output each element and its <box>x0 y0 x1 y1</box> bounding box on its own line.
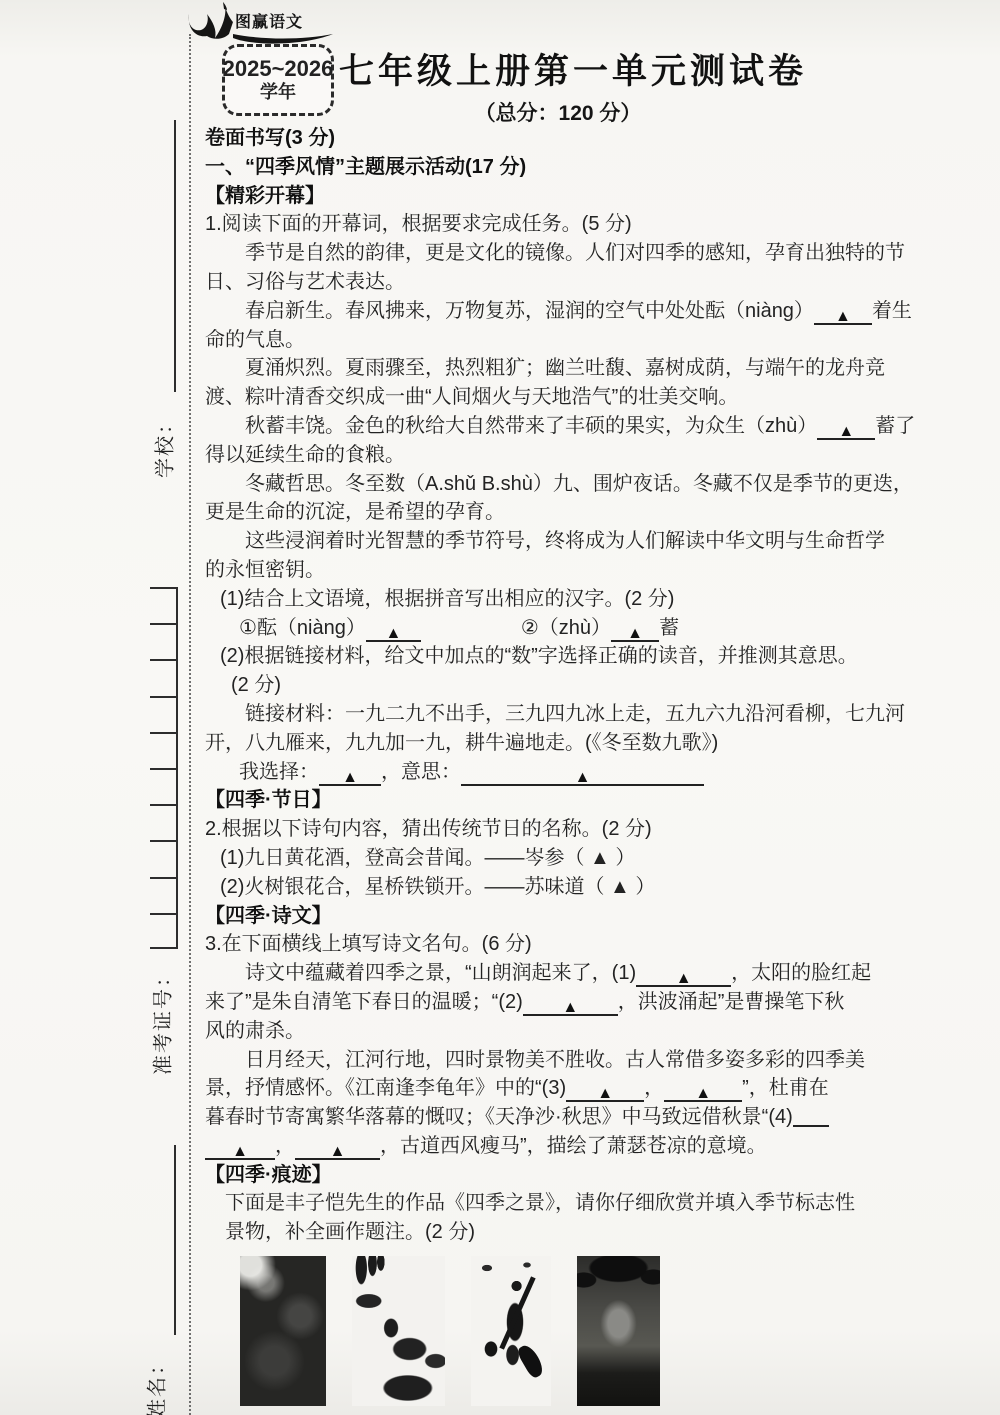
text-run: ”，杜甫在 <box>742 1077 829 1099</box>
text-line: (1)结合上文语境，根据拼音写出相应的汉字。(2 分) <box>205 585 850 614</box>
answer-blank[interactable]: ▲ <box>664 1078 742 1102</box>
text-run: 夏涌炽烈。夏雨骤至，热烈粗犷；幽兰吐馥、嘉树成荫，与端午的龙舟竞 <box>245 357 885 379</box>
exam-no-label: 准考证号： <box>147 965 176 1075</box>
text-run: ，意思： <box>381 761 461 783</box>
text-line: 2.根据以下诗句内容，猜出传统节日的名称。(2 分) <box>205 815 850 844</box>
artworks-row <box>240 1256 660 1406</box>
blank-marker-triangle: ▲ <box>676 970 692 987</box>
text-line: 1.阅读下面的开幕词，根据要求完成任务。(5 分) <box>205 210 850 239</box>
text-run: 着生 <box>872 300 912 322</box>
text-run: ， <box>275 1135 295 1157</box>
text-run: 春启新生。春风拂来，万物复苏，湿润的空气中处处酝（niàng） <box>245 300 814 322</box>
blank-marker-triangle: ▲ <box>562 999 578 1016</box>
text-run: 的永恒密钥。 <box>205 559 325 581</box>
test-paper-page: 学校： 准考证号： 姓名： 图赢语文 2025~2026 学年 七年级上册第一单… <box>0 0 1000 1415</box>
exam-number-cell[interactable] <box>150 659 176 695</box>
text-run: 这些浸润着时光智慧的季节符号，终将成为人们解读中华文明与生命哲学 <box>245 530 885 552</box>
text-run: 卷面书写(3 分) <box>205 127 335 149</box>
school-label: 学校： <box>149 412 178 478</box>
text-run: 渡、粽叶清香交织成一曲“人间烟火与天地浩气”的壮美交响。 <box>205 386 738 408</box>
text-line: 景物，补全画作题注。(2 分) <box>205 1218 850 1247</box>
text-line: 得以延续生命的食粮。 <box>205 441 850 470</box>
text-run: 我选择： <box>239 761 319 783</box>
year-suffix: 学年 <box>260 81 296 103</box>
text-run: 日、习俗与艺术表达。 <box>205 271 405 293</box>
text-line: 暮春时节寄寓繁华落幕的慨叹；《天净沙·秋思》中马致远借秋景“(4) <box>205 1103 850 1132</box>
text-line: 命的气息。 <box>205 326 850 355</box>
text-line: 3.在下面横线上填写诗文名句。(6 分) <box>205 930 850 959</box>
answer-blank[interactable]: ▲ <box>817 416 875 440</box>
text-run: 诗文中蕴藏着四季之景，“山朗润起来了，(1) <box>245 962 636 984</box>
text-run: 开，八九雁来，九九加一九，耕牛遍地走。(《冬至数九歌》) <box>205 732 718 754</box>
answer-blank[interactable]: ▲ <box>523 992 618 1016</box>
text-line: (2)火树银花合，星桥铁锁开。——苏味道（ ▲ ） <box>205 873 850 902</box>
text-line: 链接材料：一九二九不出手，三九四九冰上走，五九六九沿河看柳，七九河 <box>205 700 850 729</box>
question-content: 卷面书写(3 分)一、“四季风情”主题展示活动(17 分)【精彩开幕】1.阅读下… <box>205 124 850 1247</box>
text-line: 更是生命的沉淀，是希望的孕育。 <box>205 498 850 527</box>
text-run: 得以延续生命的食粮。 <box>205 444 405 466</box>
blank-marker-triangle: ▲ <box>838 423 854 440</box>
text-run: ，洪波涌起”是曹操笔下秋 <box>618 991 845 1013</box>
text-run: 来了”是朱自清笔下春日的温暖；“(2) <box>205 991 523 1013</box>
year-box: 2025~2026 学年 <box>222 44 334 116</box>
text-line: 诗文中蕴藏着四季之景，“山朗润起来了，(1)▲，太阳的脸红起 <box>205 959 850 988</box>
text-run: ，太阳的脸红起 <box>731 962 871 984</box>
answer-blank[interactable]: ▲ <box>636 963 731 987</box>
text-run: 季节是自然的韵律，更是文化的镜像。人们对四季的感知，孕育出独特的节 <box>245 242 905 264</box>
exam-number-cell[interactable] <box>150 768 176 804</box>
text-line: 春启新生。春风拂来，万物复苏，湿润的空气中处处酝（niàng）▲着生 <box>205 297 850 326</box>
text-line: (1)九日黄花酒，登高会昔闻。——岑参（ ▲ ） <box>205 844 850 873</box>
artwork-summer <box>352 1256 445 1406</box>
blank-marker-triangle: ▲ <box>575 769 591 786</box>
blank-marker-triangle: ▲ <box>342 769 358 786</box>
text-run: 日月经天，江河行地，四时景物美不胜收。古人常借多姿多彩的四季美 <box>245 1049 865 1071</box>
exam-number-cell[interactable] <box>150 840 176 876</box>
text-line: 来了”是朱自清笔下春日的温暖；“(2)▲，洪波涌起”是曹操笔下秋 <box>205 988 850 1017</box>
text-line: 日、习俗与艺术表达。 <box>205 268 850 297</box>
text-run: ，古道西风瘦马”，描绘了萧瑟苍凉的意境。 <box>380 1135 767 1157</box>
text-run: ， <box>644 1077 664 1099</box>
answer-blank[interactable]: ▲ <box>366 618 421 642</box>
name-answer-line[interactable] <box>174 1145 176 1335</box>
year-range: 2025~2026 <box>223 57 334 81</box>
exam-number-cell[interactable] <box>150 696 176 732</box>
text-run: 下面是丰子恺先生的作品《四季之景》，请你仔细欣赏并填入季节标志性 <box>225 1192 855 1214</box>
total-score: （总分：120 分） <box>338 97 778 127</box>
blank-marker-triangle: ▲ <box>597 1085 613 1102</box>
answer-blank[interactable]: ▲ <box>461 762 704 786</box>
text-run: ①酝（niàng） <box>239 617 366 639</box>
text-line: 景，抒情感怀。《江南逢李龟年》中的“(3)▲，▲”，杜甫在 <box>205 1074 850 1103</box>
artwork-winter <box>577 1256 660 1406</box>
exam-number-cell[interactable] <box>150 623 176 659</box>
text-line: 秋蓄丰饶。金色的秋给大自然带来了丰硕的果实，为众生（zhù）▲蓄了 <box>205 412 850 441</box>
text-run: 蓄 <box>659 617 679 639</box>
blank-marker-triangle: ▲ <box>232 1143 248 1160</box>
text-run: (2 分) <box>231 674 281 696</box>
page-title: 七年级上册第一单元测试卷 <box>338 44 808 94</box>
answer-blank[interactable]: ▲ <box>319 762 381 786</box>
section-heading: 【四季·诗文】 <box>205 902 850 931</box>
text-run: 更是生命的沉淀，是希望的孕育。 <box>205 501 505 523</box>
text-line: ①酝（niàng）▲②（zhù）▲蓄 <box>205 614 850 643</box>
brand-logo: 图赢语文 <box>183 0 338 44</box>
text-run: 秋蓄丰饶。金色的秋给大自然带来了丰硕的果实，为众生（zhù） <box>245 415 817 437</box>
margin-separator-line <box>189 34 191 1415</box>
text-run: 暮春时节寄寓繁华落幕的慨叹；《天净沙·秋思》中马致远借秋景“(4) <box>205 1106 793 1128</box>
blank-marker-triangle: ▲ <box>627 625 643 642</box>
answer-blank[interactable]: ▲ <box>611 618 659 642</box>
text-run: (2)火树银花合，星桥铁锁开。——苏味道（ ▲ ） <box>220 876 655 898</box>
text-line: 渡、粽叶清香交织成一曲“人间烟火与天地浩气”的壮美交响。 <box>205 383 850 412</box>
artwork-spring <box>240 1256 326 1406</box>
text-run: 命的气息。 <box>205 329 305 351</box>
text-line: 夏涌炽烈。夏雨骤至，热烈粗犷；幽兰吐馥、嘉树成荫，与端午的龙舟竞 <box>205 354 850 383</box>
text-run: 景，抒情感怀。《江南逢李龟年》中的“(3) <box>205 1077 566 1099</box>
answer-blank[interactable]: ▲ <box>295 1136 380 1160</box>
text-line: 开，八九雁来，九九加一九，耕牛遍地走。(《冬至数九歌》) <box>205 729 850 758</box>
text-line: 的永恒密钥。 <box>205 556 850 585</box>
text-run: (2)根据链接材料，给文中加点的“数”字选择正确的读音，并推测其意思。 <box>220 645 858 667</box>
answer-blank[interactable] <box>793 1103 829 1127</box>
text-run: 冬藏哲思。冬至数（A.shǔ B.shù）九、围炉夜话。冬藏不仅是季节的更迭， <box>245 473 913 495</box>
section-heading: 一、“四季风情”主题展示活动(17 分) <box>205 153 850 182</box>
text-line: (2 分) <box>205 671 850 700</box>
exam-number-cell[interactable] <box>150 804 176 840</box>
text-run: 链接材料：一九二九不出手，三九四九冰上走，五九六九沿河看柳，七九河 <box>245 703 905 725</box>
text-run: 2.根据以下诗句内容，猜出传统节日的名称。(2 分) <box>205 818 652 840</box>
text-run: 3.在下面横线上填写诗文名句。(6 分) <box>205 933 532 955</box>
blank-marker-triangle: ▲ <box>330 1143 346 1160</box>
answer-blank[interactable]: ▲ <box>566 1078 644 1102</box>
text-line: 风的肃杀。 <box>205 1017 850 1046</box>
text-line: 我选择：▲，意思：▲ <box>205 758 850 787</box>
artwork-autumn <box>471 1256 551 1406</box>
blank-marker-triangle: ▲ <box>835 308 851 325</box>
text-run: 【精彩开幕】 <box>205 185 325 207</box>
section-heading: 【精彩开幕】 <box>205 182 850 211</box>
text-run: 【四季·痕迹】 <box>205 1164 332 1186</box>
text-line: 下面是丰子恺先生的作品《四季之景》，请你仔细欣赏并填入季节标志性 <box>205 1189 850 1218</box>
section-heading: 卷面书写(3 分) <box>205 124 850 153</box>
exam-number-cell[interactable] <box>150 913 176 949</box>
text-run: 【四季·节日】 <box>205 789 332 811</box>
school-answer-line[interactable] <box>174 120 176 392</box>
exam-number-grid[interactable] <box>150 587 178 949</box>
blank-marker-triangle: ▲ <box>385 625 401 642</box>
text-run: 1.阅读下面的开幕词，根据要求完成任务。(5 分) <box>205 213 632 235</box>
answer-blank[interactable]: ▲ <box>814 301 872 325</box>
section-heading: 【四季·痕迹】 <box>205 1161 850 1190</box>
text-run: (1)结合上文语境，根据拼音写出相应的汉字。(2 分) <box>220 588 674 610</box>
text-run: 【四季·诗文】 <box>205 905 332 927</box>
text-run: (1)九日黄花酒，登高会昔闻。——岑参（ ▲ ） <box>220 847 635 869</box>
text-run: 蓄了 <box>875 415 915 437</box>
name-label: 姓名： <box>141 1353 170 1415</box>
brand-logo-text: 图赢语文 <box>235 9 303 32</box>
text-line: (2)根据链接材料，给文中加点的“数”字选择正确的读音，并推测其意思。 <box>205 642 850 671</box>
exam-number-cell[interactable] <box>150 877 176 913</box>
exam-number-cell[interactable] <box>150 732 176 768</box>
section-heading: 【四季·节日】 <box>205 786 850 815</box>
text-line: 这些浸润着时光智慧的季节符号，终将成为人们解读中华文明与生命哲学 <box>205 527 850 556</box>
text-line: 季节是自然的韵律，更是文化的镜像。人们对四季的感知，孕育出独特的节 <box>205 239 850 268</box>
text-line: 日月经天，江河行地，四时景物美不胜收。古人常借多姿多彩的四季美 <box>205 1046 850 1075</box>
text-line: ▲，▲，古道西风瘦马”，描绘了萧瑟苍凉的意境。 <box>205 1132 850 1161</box>
text-line: 冬藏哲思。冬至数（A.shǔ B.shù）九、围炉夜话。冬藏不仅是季节的更迭， <box>205 470 850 499</box>
text-run: 一、“四季风情”主题展示活动(17 分) <box>205 156 526 178</box>
exam-number-cell[interactable] <box>150 587 176 623</box>
answer-blank[interactable]: ▲ <box>205 1136 275 1160</box>
text-run: 景物，补全画作题注。(2 分) <box>225 1221 475 1243</box>
text-run: 风的肃杀。 <box>205 1020 305 1042</box>
text-run: ②（zhù） <box>521 617 611 639</box>
blank-marker-triangle: ▲ <box>695 1085 711 1102</box>
